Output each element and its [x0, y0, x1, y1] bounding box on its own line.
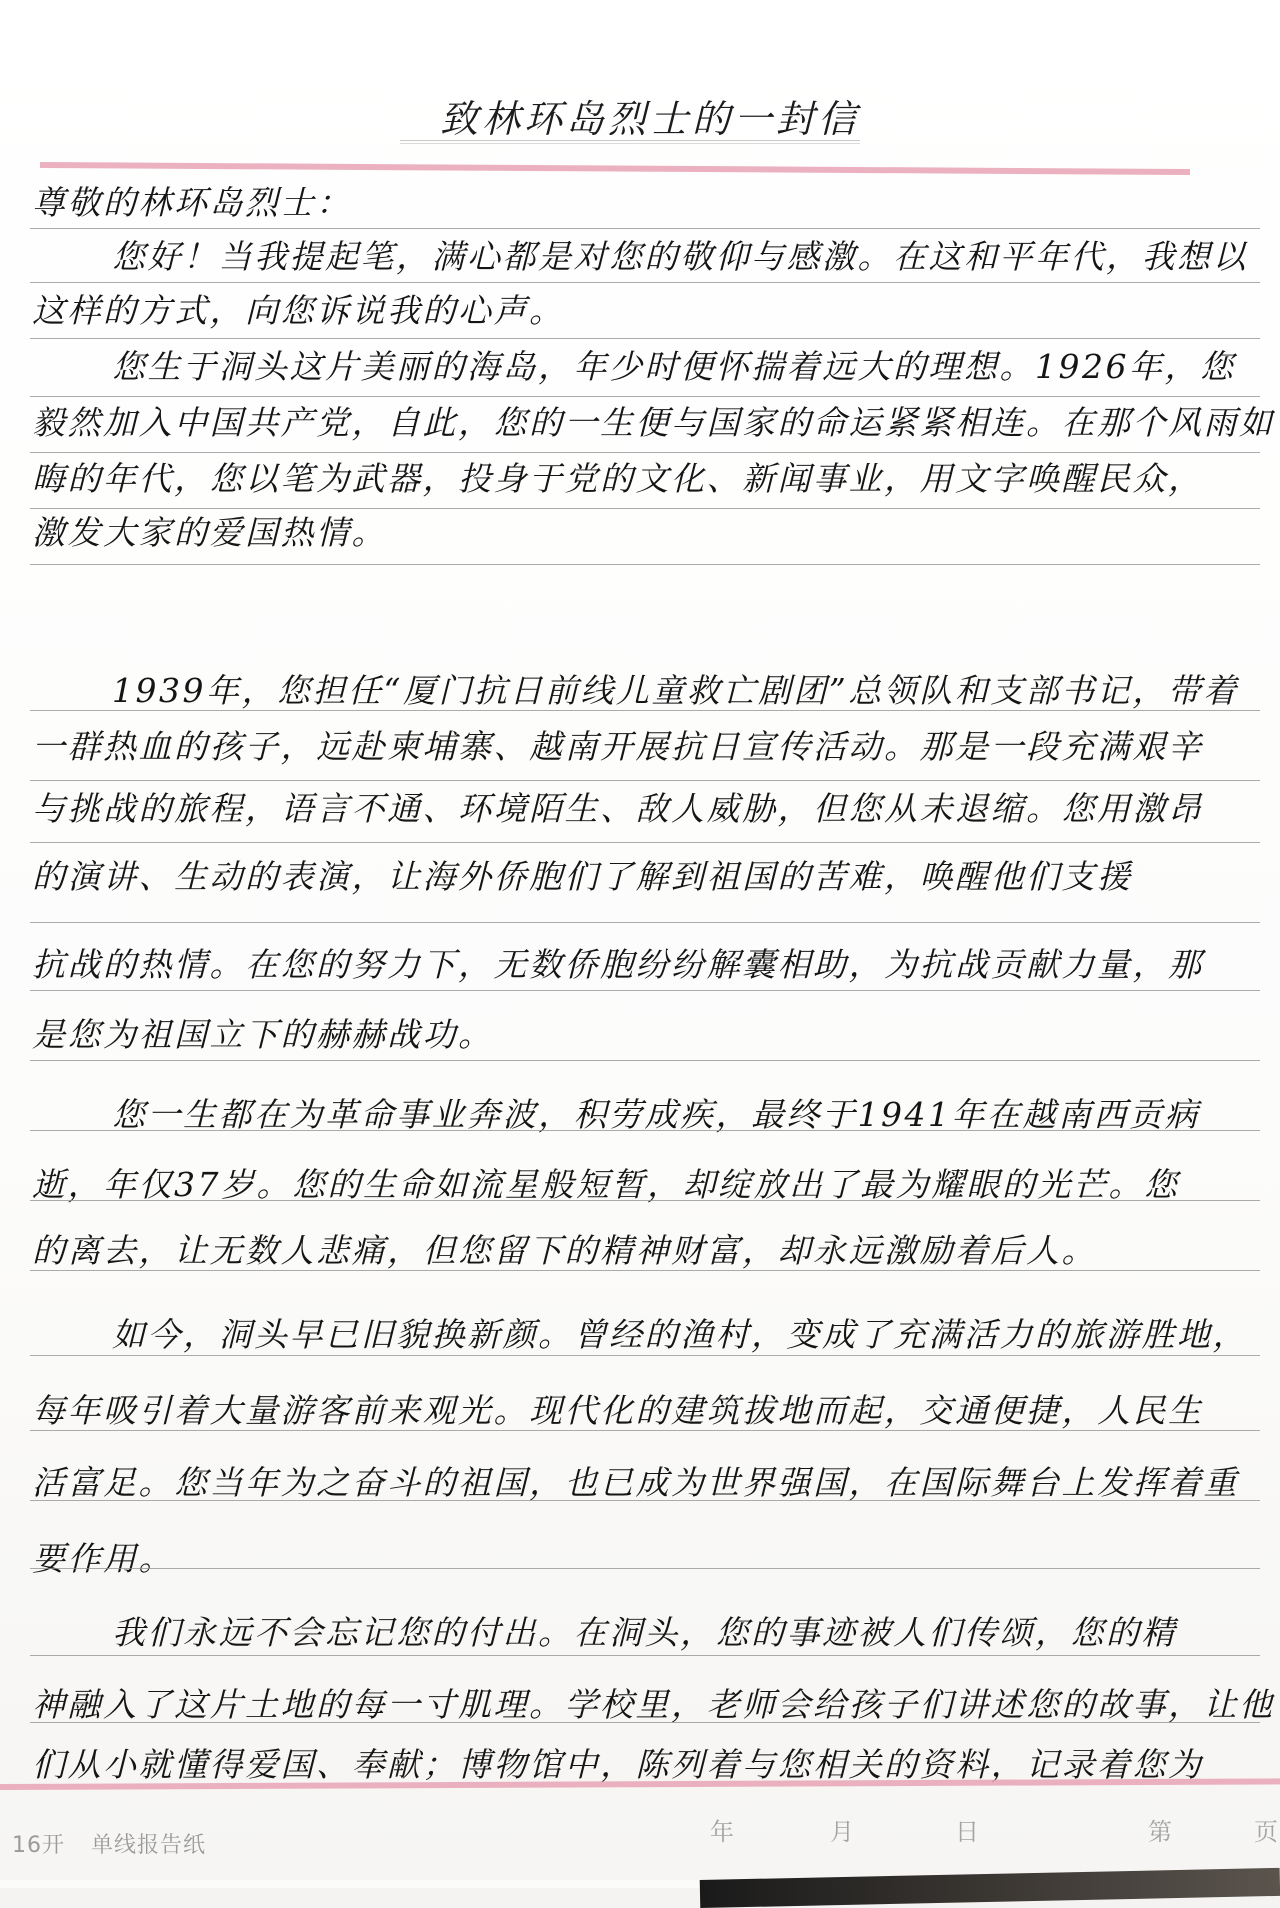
ruled-line: [30, 780, 1260, 781]
report-paper-sheet: 致林环岛烈士的一封信 尊敬的林环岛烈士： 您好！当我提起笔，满心都是对您的敬仰与…: [0, 0, 1280, 1880]
letter-line: 要作用。: [32, 1534, 1262, 1584]
ruled-line: [30, 1430, 1260, 1431]
ruled-line: [30, 1270, 1260, 1271]
ruled-line: [30, 922, 1260, 923]
letter-line: 晦的年代，您以笔为武器，投身于党的文化、新闻事业，用文字唤醒民众，: [32, 454, 1262, 504]
ruled-line: [30, 282, 1260, 283]
letter-line: 抗战的热情。在您的努力下，无数侨胞纷纷解囊相助，为抗战贡献力量，那: [32, 940, 1262, 990]
ruled-line: [30, 564, 1260, 565]
letter-line: 您生于洞头这片美丽的海岛，年少时便怀揣着远大的理想。1926年，您: [32, 342, 1280, 392]
ruled-line: [30, 1655, 1260, 1656]
page-suffix-label: 页: [1254, 1812, 1278, 1847]
paper-size-label: 16开: [12, 1833, 65, 1858]
letter-line: 逝，年仅37岁。您的生命如流星般短暂，却绽放出了最为耀眼的光芒。您: [32, 1160, 1262, 1210]
letter-line: 激发大家的爱国热情。: [32, 508, 1262, 558]
top-margin-rule: [40, 162, 1190, 175]
ruled-line: [30, 990, 1260, 991]
letter-line: 1939年，您担任“厦门抗日前线儿童救亡剧团”总领队和支部书记，带着: [32, 666, 1280, 716]
letter-line: 的演讲、生动的表演，让海外侨胞们了解到祖国的苦难，唤醒他们支援: [32, 852, 1262, 902]
ruled-line: [30, 338, 1260, 339]
ruled-line: [30, 842, 1260, 843]
paper-spec: 16开单线报告纸: [12, 1828, 232, 1859]
letter-line: 毅然加入中国共产党，自此，您的一生便与国家的命运紧紧相连。在那个风雨如: [32, 398, 1262, 448]
letter-line: 我们永远不会忘记您的付出。在洞头，您的事迹被人们传颂，您的精: [32, 1608, 1280, 1658]
ruled-line: [30, 1722, 1260, 1723]
letter-line: 与挑战的旅程，语言不通、环境陌生、敌人威胁，但您从未退缩。您用激昂: [32, 784, 1262, 834]
paper-type-label: 单线报告纸: [91, 1833, 206, 1858]
letter-line: 是您为祖国立下的赫赫战功。: [32, 1010, 1262, 1060]
page-prefix-label: 第: [1148, 1812, 1172, 1847]
letter-line: 您好！当我提起笔，满心都是对您的敬仰与感激。在这和平年代，我想以: [32, 232, 1280, 282]
letter-line: 这样的方式，向您诉说我的心声。: [32, 286, 1262, 336]
salutation: 尊敬的林环岛烈士：: [32, 178, 1262, 228]
letter-title: 致林环岛烈士的一封信: [440, 88, 860, 143]
letter-line: 一群热血的孩子，远赴柬埔寨、越南开展抗日宣传活动。那是一段充满艰辛: [32, 722, 1262, 772]
year-label: 年: [710, 1812, 734, 1847]
letter-line: 每年吸引着大量游客前来观光。现代化的建筑拔地而起，交通便捷，人民生: [32, 1386, 1262, 1436]
letter-line: 如今，洞头早已旧貌换新颜。曾经的渔村，变成了充满活力的旅游胜地，: [32, 1310, 1280, 1360]
ruled-line: [30, 710, 1260, 711]
ruled-line: [30, 1355, 1260, 1356]
ruled-line: [30, 1130, 1260, 1131]
month-label: 月: [830, 1812, 854, 1847]
ruled-line: [30, 396, 1260, 397]
day-label: 日: [955, 1812, 979, 1847]
letter-line: 您一生都在为革命事业奔波，积劳成疾，最终于1941年在越南西贡病: [32, 1090, 1280, 1140]
ruled-line: [30, 1060, 1260, 1061]
ruled-line: [30, 1568, 1260, 1569]
ruled-line: [30, 228, 1260, 229]
letter-line: 的离去，让无数人悲痛，但您留下的精神财富，却永远激励着后人。: [32, 1226, 1262, 1276]
ruled-line: [30, 1500, 1260, 1501]
ruled-line: [30, 452, 1260, 453]
ruled-line: [30, 1200, 1260, 1201]
title-underline: [400, 140, 860, 144]
